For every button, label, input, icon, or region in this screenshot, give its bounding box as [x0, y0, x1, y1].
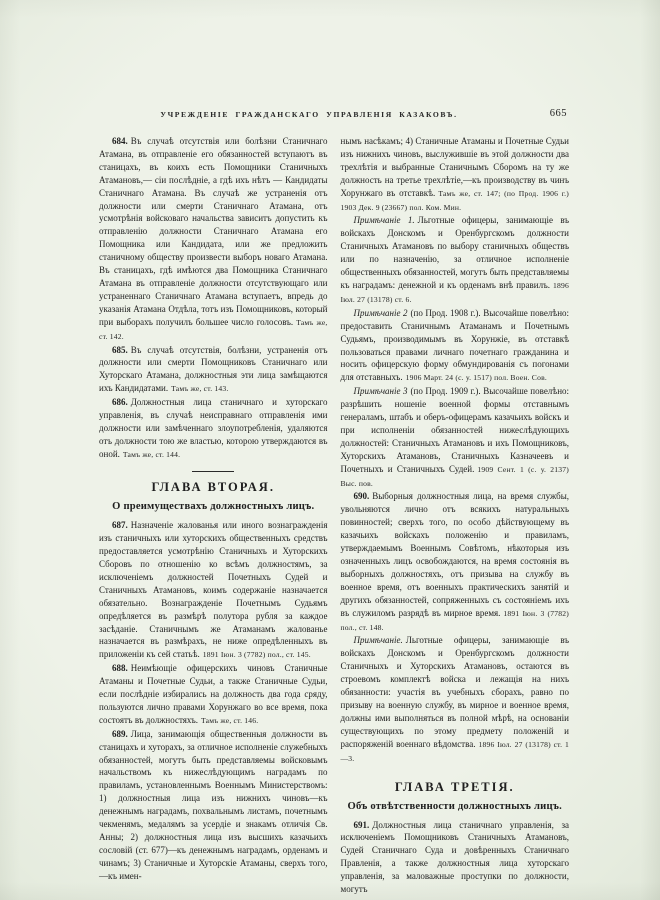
chapter-2-title: ГЛАВА ВТОРАЯ.	[99, 480, 328, 495]
article-688: 688.Неимѣющіе офицерскихъ чиновъ Станичн…	[99, 662, 328, 728]
article-687: 687.Назначеніе жалованья или иного возна…	[99, 519, 328, 662]
note-text: Льготные офицеры, занимающіе въ войскахъ…	[341, 215, 570, 290]
note-lead: Примѣчаніе 2	[354, 308, 411, 318]
article-text: Должностныя лица станичнаго управленія, …	[341, 820, 570, 895]
note-3: Примѣчаніе 3(по Прод. 1909 г.). Высочайш…	[341, 385, 570, 490]
article-number: 691.	[354, 820, 373, 830]
article-685: 685.Въ случаѣ отсутствія, болѣзни, устра…	[99, 344, 328, 397]
article-text: Лица, занимающія общественныя должности …	[99, 729, 328, 881]
article-number: 690.	[354, 491, 373, 501]
article-text: Выборныя должностныя лица, на время служ…	[341, 491, 570, 617]
article-number: 688.	[112, 663, 131, 673]
note-text: Высочайше повелѣно: разрѣшить ношеніе во…	[341, 386, 570, 473]
article-691: 691.Должностныя лица станичнаго управлен…	[341, 819, 570, 896]
chapter-3-subtitle: Объ отвѣтственности должностныхъ лицъ.	[341, 800, 570, 813]
note-lead: Примѣчаніе.	[354, 635, 406, 645]
article-689-continuation: нымъ насѣкамъ; 4) Станичные Атаманы и По…	[341, 135, 570, 214]
citation: 1891 Іюн. 3 (7782) пол., ст. 145.	[200, 650, 311, 659]
article-684: 684.Въ случаѣ отсутствія или болѣзни Ста…	[99, 135, 328, 344]
scanned-book-page: УЧРЕЖДЕНІЕ ГРАЖДАНСКАГО УПРАВЛЕНІЯ КАЗАК…	[0, 0, 660, 900]
article-number: 685.	[112, 345, 131, 355]
article-number: 684.	[112, 136, 131, 146]
running-title: УЧРЕЖДЕНІЕ ГРАЖДАНСКАГО УПРАВЛЕНІЯ КАЗАК…	[99, 110, 519, 119]
chapter-3-title: ГЛАВА ТРЕТІЯ.	[341, 780, 570, 795]
article-number: 689.	[112, 729, 131, 739]
note-text: Льготные офицеры, занимающіе въ войскахъ…	[341, 635, 570, 748]
running-head: УЧРЕЖДЕНІЕ ГРАЖДАНСКАГО УПРАВЛЕНІЯ КАЗАК…	[99, 108, 569, 126]
article-686: 686.Должностныя лица станичнаго и хуторс…	[99, 396, 328, 462]
article-689: 689.Лица, занимающія общественныя должно…	[99, 728, 328, 883]
right-column: нымъ насѣкамъ; 4) Станичные Атаманы и По…	[341, 135, 570, 896]
note-lead: Примѣчаніе 1.	[354, 215, 418, 225]
article-text: Въ случаѣ отсутствія или болѣзни Станичн…	[99, 136, 328, 327]
note-2: Примѣчаніе 2(по Прод. 1908 г.). Высочайш…	[341, 307, 570, 385]
two-column-text: 684.Въ случаѣ отсутствія или болѣзни Ста…	[99, 135, 569, 896]
page-number: 665	[550, 108, 567, 119]
chapter-2-subtitle: О преимуществахъ должностныхъ лицъ.	[99, 500, 328, 513]
section-divider-rule	[192, 471, 234, 473]
article-text: Назначеніе жалованья или иного вознаграж…	[99, 520, 328, 659]
note-paren: (по Прод. 1909 г.).	[411, 386, 481, 396]
page-content: УЧРЕЖДЕНІЕ ГРАЖДАНСКАГО УПРАВЛЕНІЯ КАЗАК…	[99, 108, 569, 896]
article-number: 687.	[112, 520, 131, 530]
note-lead: Примѣчаніе 3	[354, 386, 411, 396]
citation: Тамъ же, ст. 143.	[168, 384, 228, 393]
note-paren: (по Прод. 1908 г.).	[411, 308, 481, 318]
note-1: Примѣчаніе 1.Льготные офицеры, занимающі…	[341, 214, 570, 306]
note-text: Высочайше повелѣно: предоставить Станичн…	[341, 308, 570, 383]
citation: 1906 Март. 24 (с. у. 1517) пол. Воен. Со…	[403, 373, 547, 382]
article-690: 690.Выборныя должностныя лица, на время …	[341, 490, 570, 634]
citation: Тамъ же, ст. 144.	[120, 450, 180, 459]
citation: Тамъ же, ст. 146.	[198, 716, 258, 725]
note-to-690: Примѣчаніе.Льготные офицеры, занимающіе …	[341, 634, 570, 765]
left-column: 684.Въ случаѣ отсутствія или болѣзни Ста…	[99, 135, 328, 896]
article-number: 686.	[112, 397, 131, 407]
